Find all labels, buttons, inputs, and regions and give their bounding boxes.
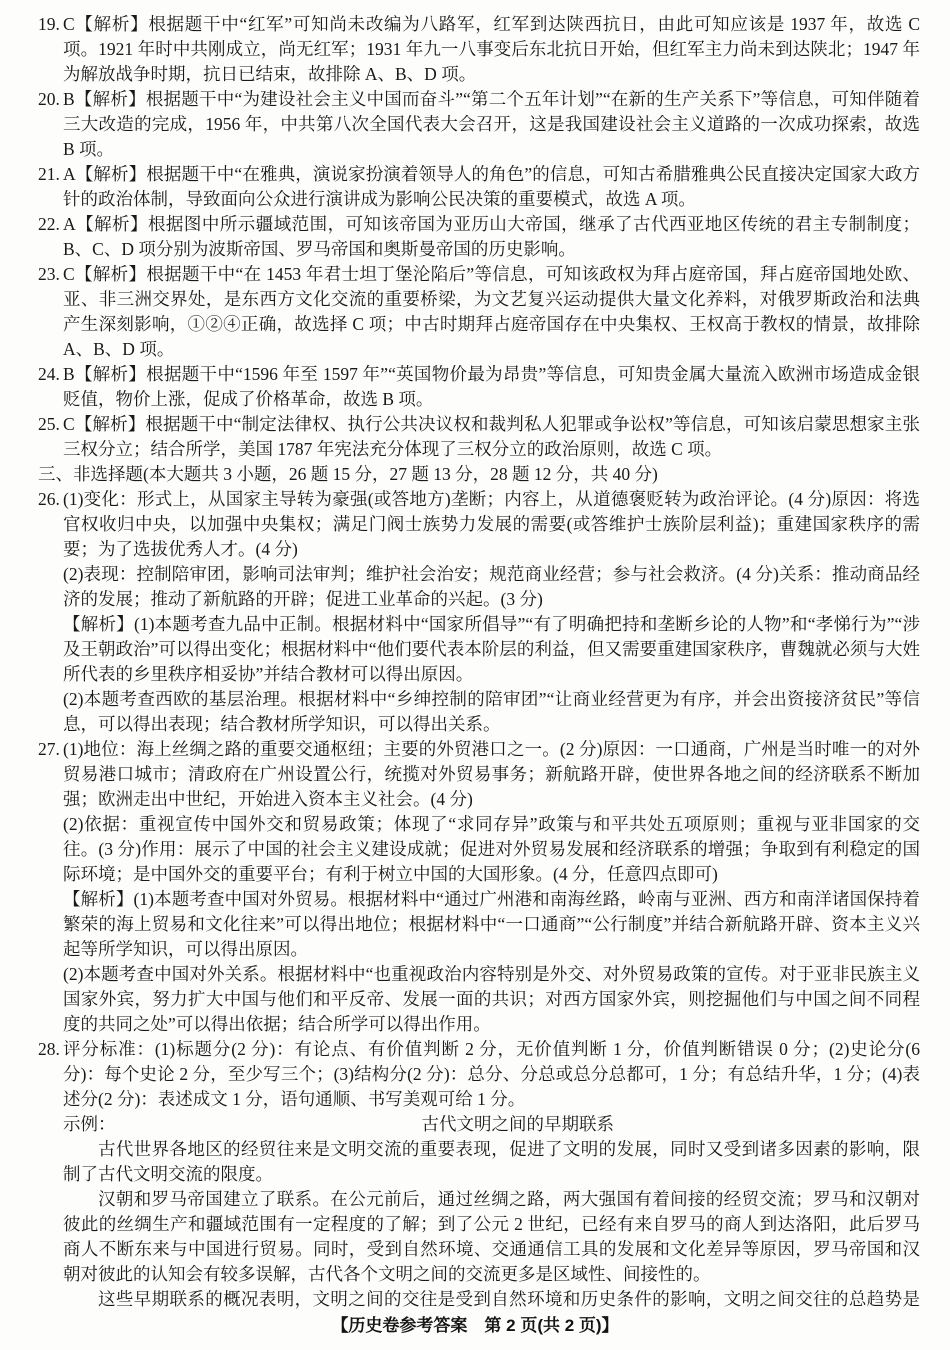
example-label: 示例： xyxy=(63,1112,116,1137)
answer-paragraph: (2)本题考查中国对外关系。根据材料中“也重视政治内容特别是外交、对外贸易政策的… xyxy=(63,962,920,1037)
answer-item-24: 24.B【解析】根据题干中“1596 年至 1597 年”“英国物价最为昂贵”等… xyxy=(38,362,920,412)
answer-paragraph: 【解析】(1)本题考查九品中正制。根据材料中“国家所倡导”“有了明确把持和垄断乡… xyxy=(63,612,920,687)
answer-paragraph: C【解析】根据题干中“红军”可知尚未改编为八路军，红军到达陕西抗日，由此可知应该… xyxy=(63,12,920,87)
item-number: 19. xyxy=(38,12,60,37)
footer-text: 【历史卷参考答案 第 2 页(共 2 页)】 xyxy=(331,1316,618,1335)
item-number: 28. xyxy=(38,1037,60,1062)
item-number: 20. xyxy=(38,87,60,112)
answer-item-23: 23.C【解析】根据题干中“在 1453 年君士坦丁堡沦陷后”等信息，可知该政权… xyxy=(38,262,920,362)
answer-item-28: 28.评分标准：(1)标题分(2 分)：有论点、有价值判断 2 分，无价值判断 … xyxy=(38,1037,920,1337)
answer-item-26: 26.(1)变化：形式上，从国家主导转为豪强(或答地方)垄断；内容上，从道德褒贬… xyxy=(38,487,920,737)
item-number: 24. xyxy=(38,362,60,387)
answer-paragraph: C【解析】根据题干中“在 1453 年君士坦丁堡沦陷后”等信息，可知该政权为拜占… xyxy=(63,262,920,362)
exam-answer-page: 19.C【解析】根据题干中“红军”可知尚未改编为八路军，红军到达陕西抗日，由此可… xyxy=(0,0,950,1350)
essay-paragraph: 古代世界各地区的经贸往来是文明交流的重要表现，促进了文明的发展，同时又受到诸多因… xyxy=(63,1137,920,1187)
answer-item-19: 19.C【解析】根据题干中“红军”可知尚未改编为八路军，红军到达陕西抗日，由此可… xyxy=(38,12,920,87)
essay-example-row: 示例：古代文明之间的早期联系 xyxy=(63,1112,920,1137)
answer-paragraph: B【解析】根据题干中“1596 年至 1597 年”“英国物价最为昂贵”等信息，… xyxy=(63,362,920,412)
answer-item-22: 22.A【解析】根据图中所示疆域范围，可知该帝国为亚历山大帝国，继承了古代西亚地… xyxy=(38,212,920,262)
answer-paragraph: (1)变化：形式上，从国家主导转为豪强(或答地方)垄断；内容上，从道德褒贬转为政… xyxy=(63,487,920,562)
answer-paragraph: C【解析】根据题干中“制定法律权、执行公共决议权和裁判私人犯罪或争讼权”等信息，… xyxy=(63,412,920,462)
essay-paragraph: 汉朝和罗马帝国建立了联系。在公元前后，通过丝绸之路，两大强国有着间接的经贸交流；… xyxy=(63,1187,920,1287)
answer-paragraph: (1)地位：海上丝绸之路的重要交通枢纽；主要的外贸港口之一。(2 分)原因：一口… xyxy=(63,737,920,812)
answer-paragraph: 【解析】(1)本题考查中国对外贸易。根据材料中“通过广州港和南海丝路，岭南与亚洲… xyxy=(63,887,920,962)
item-number: 27. xyxy=(38,737,60,762)
answer-item-21: 21.A【解析】根据题干中“在雅典，演说家扮演着领导人的角色”的信息，可知古希腊… xyxy=(38,162,920,212)
answer-paragraph: B【解析】根据题干中“为建设社会主义中国而奋斗”“第二个五年计划”“在新的生产关… xyxy=(63,87,920,162)
item-number: 21. xyxy=(38,162,60,187)
answer-paragraph: A【解析】根据题干中“在雅典，演说家扮演着领导人的角色”的信息，可知古希腊雅典公… xyxy=(63,162,920,212)
essay-title: 古代文明之间的早期联系 xyxy=(116,1112,921,1137)
page-footer: 【历史卷参考答案 第 2 页(共 2 页)】 xyxy=(0,1312,950,1340)
item-number: 22. xyxy=(38,212,60,237)
answer-item-25: 25.C【解析】根据题干中“制定法律权、执行公共决议权和裁判私人犯罪或争讼权”等… xyxy=(38,412,920,462)
answer-paragraph: (2)表现：控制陪审团，影响司法审判；维护社会治安；规范商业经营；参与社会救济。… xyxy=(63,562,920,612)
answer-item-20: 20.B【解析】根据题干中“为建设社会主义中国而奋斗”“第二个五年计划”“在新的… xyxy=(38,87,920,162)
item-number: 25. xyxy=(38,412,60,437)
section-heading: 三、非选择题(本大题共 3 小题，26 题 15 分，27 题 13 分，28 … xyxy=(38,462,920,487)
answer-paragraph: (2)依据：重视宣传中国外交和贸易政策；体现了“求同存异”政策与和平共处五项原则… xyxy=(63,812,920,887)
answer-paragraph: (2)本题考查西欧的基层治理。根据材料中“乡绅控制的陪审团”“让商业经营更为有序… xyxy=(63,687,920,737)
answers-list: 19.C【解析】根据题干中“红军”可知尚未改编为八路军，红军到达陕西抗日，由此可… xyxy=(38,12,920,1337)
answer-paragraph: 评分标准：(1)标题分(2 分)：有论点、有价值判断 2 分，无价值判断 1 分… xyxy=(63,1037,920,1112)
answer-paragraph: A【解析】根据图中所示疆域范围，可知该帝国为亚历山大帝国，继承了古代西亚地区传统… xyxy=(63,212,920,262)
answer-item-27: 27.(1)地位：海上丝绸之路的重要交通枢纽；主要的外贸港口之一。(2 分)原因… xyxy=(38,737,920,1037)
item-number: 23. xyxy=(38,262,60,287)
item-number: 26. xyxy=(38,487,60,512)
